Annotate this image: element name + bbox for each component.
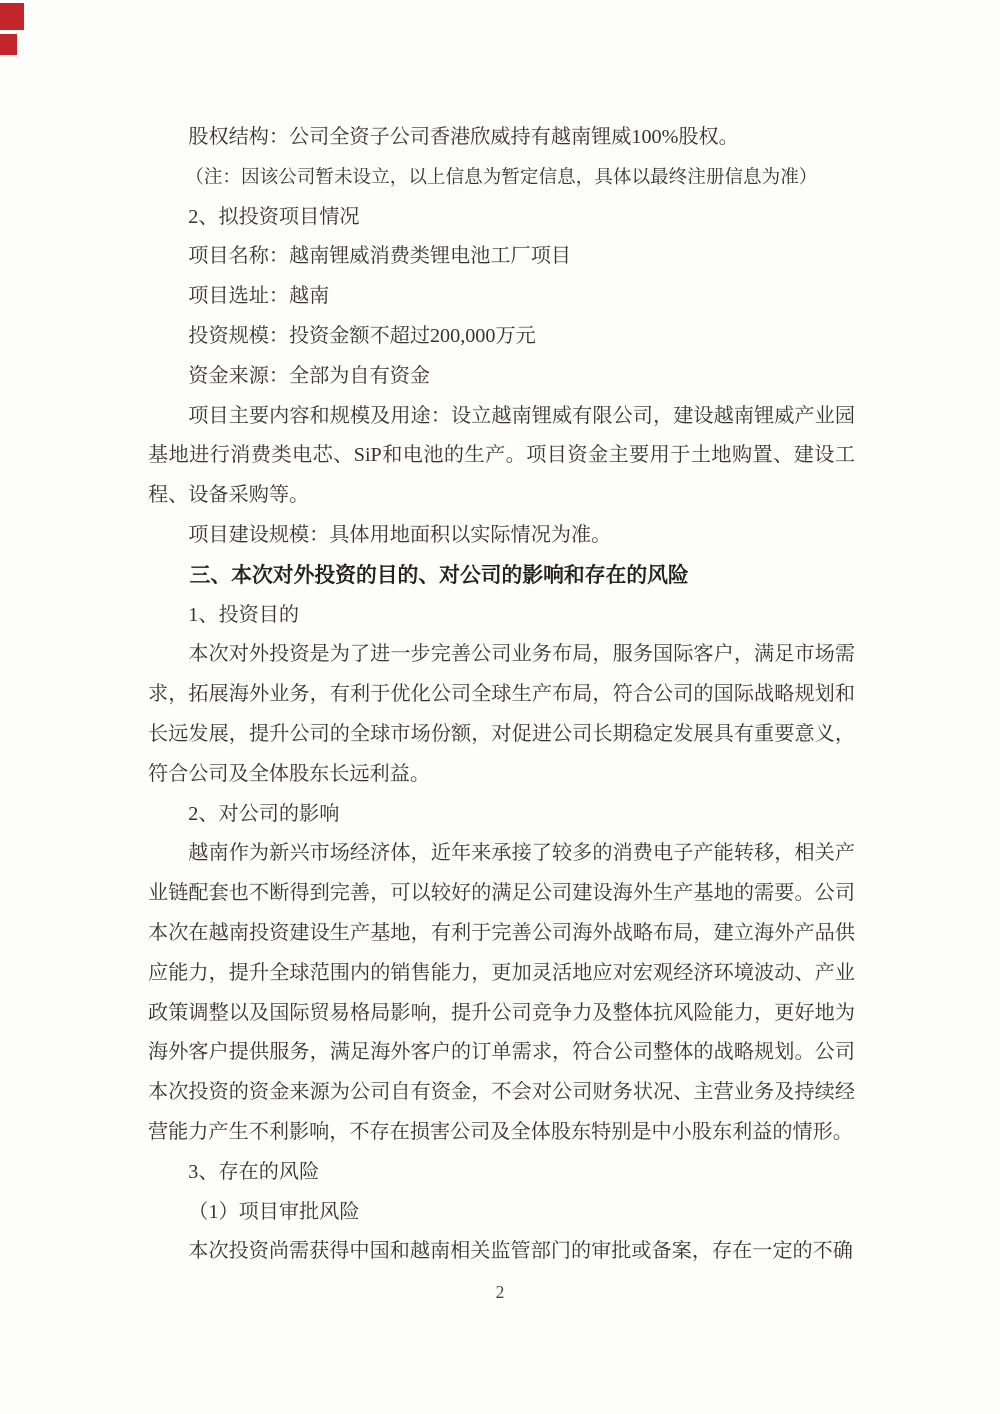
subheading-proposed-project: 2、拟投资项目情况 xyxy=(148,198,855,238)
document-page: 股权结构：公司全资子公司香港欣威持有越南锂威100%股权。 （注：因该公司暂未设… xyxy=(0,0,1000,1414)
subheading-risks: 3、存在的风险 xyxy=(148,1153,855,1193)
paragraph-funding-source: 资金来源：全部为自有资金 xyxy=(148,357,855,397)
subheading-company-impact: 2、对公司的影响 xyxy=(148,795,855,835)
subheading-approval-risk: （1）项目审批风险 xyxy=(148,1193,855,1233)
paragraph-investment-scale: 投资规模：投资金额不超过200,000万元 xyxy=(148,317,855,357)
subheading-investment-purpose: 1、投资目的 xyxy=(148,596,855,636)
paragraph-company-impact: 越南作为新兴市场经济体，近年来承接了较多的消费电子产能转移，相关产业链配套也不断… xyxy=(148,834,855,1152)
paragraph-project-name: 项目名称：越南锂威消费类锂电池工厂项目 xyxy=(148,237,855,277)
page-number: 2 xyxy=(0,1282,1000,1303)
paragraph-equity-structure: 股权结构：公司全资子公司香港欣威持有越南锂威100%股权。 xyxy=(148,118,855,158)
paragraph-construction-scale: 项目建设规模：具体用地面积以实际情况为准。 xyxy=(148,516,855,556)
paragraph-project-content: 项目主要内容和规模及用途：设立越南锂威有限公司，建设越南锂威产业园基地进行消费类… xyxy=(148,397,855,516)
paragraph-investment-purpose: 本次对外投资是为了进一步完善公司业务布局，服务国际客户，满足市场需求，拓展海外业… xyxy=(148,635,855,794)
note-line: （注：因该公司暂未设立，以上信息为暂定信息，具体以最终注册信息为准） xyxy=(148,158,855,198)
red-stamp-mark-top xyxy=(0,3,24,30)
red-stamp-mark-bottom xyxy=(0,34,17,55)
paragraph-approval-risk: 本次投资尚需获得中国和越南相关监管部门的审批或备案，存在一定的不确 xyxy=(148,1232,855,1272)
section-heading-three: 三、本次对外投资的目的、对公司的影响和存在的风险 xyxy=(148,556,855,596)
paragraph-project-location: 项目选址：越南 xyxy=(148,277,855,317)
text-content: 股权结构：公司全资子公司香港欣威持有越南锂威100%股权。 （注：因该公司暂未设… xyxy=(148,118,855,1272)
